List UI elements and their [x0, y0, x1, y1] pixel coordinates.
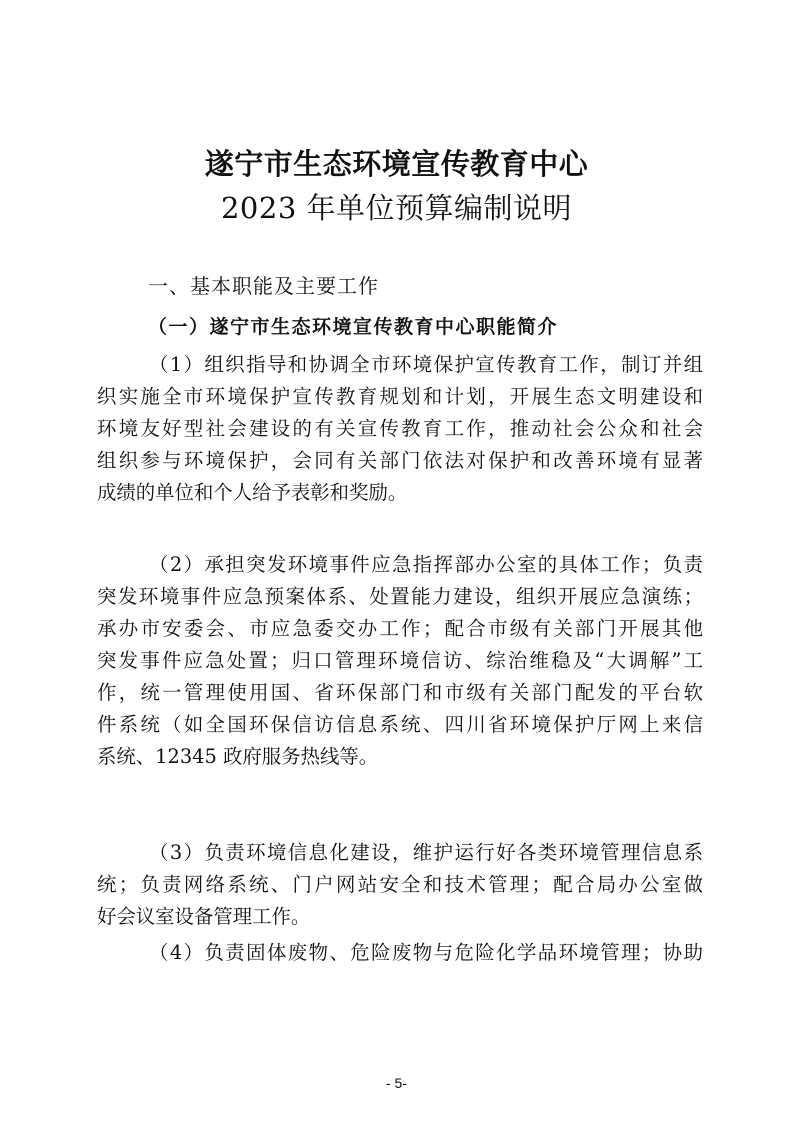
- page-number: - 5-: [0, 1075, 793, 1091]
- paragraph-line: 系统、12345 政府服务热线等。: [97, 741, 703, 773]
- document-title-line2: 2023 年单位预算编制说明: [0, 186, 793, 227]
- paragraph-line: 织实施全市环境保护宣传教育规划和计划，开展生态文明建设和: [97, 381, 703, 413]
- paragraph-3: （3）负责环境信息化建设，维护运行好各类环境管理信息系 统；负责网络系统、门户网…: [97, 837, 703, 933]
- subsection-heading: （一）遂宁市生态环境宣传教育中心职能简介: [148, 312, 558, 339]
- paragraph-line: 承办市安委会、市应急委交办工作；配合市级有关部门开展其他: [97, 613, 703, 645]
- document-title-line1: 遂宁市生态环境宣传教育中心: [0, 142, 793, 183]
- paragraph-1: （1）组织指导和协调全市环境保护宣传教育工作，制订并组 织实施全市环境保护宣传教…: [97, 349, 703, 509]
- section-heading: 一、基本职能及主要工作: [148, 270, 379, 299]
- paragraph-line: （2）承担突发环境事件应急指挥部办公室的具体工作；负责: [97, 549, 703, 581]
- paragraph-line: 成绩的单位和个人给予表彰和奖励。: [97, 477, 703, 509]
- paragraph-line: 好会议室设备管理工作。: [97, 901, 703, 933]
- document-page: 遂宁市生态环境宣传教育中心 2023 年单位预算编制说明 一、基本职能及主要工作…: [0, 0, 793, 1122]
- paragraph-line: 件系统（如全国环保信访信息系统、四川省环境保护厅网上来信: [97, 709, 703, 741]
- paragraph-line: 统；负责网络系统、门户网站安全和技术管理；配合局办公室做: [97, 869, 703, 901]
- paragraph-line: （1）组织指导和协调全市环境保护宣传教育工作，制订并组: [97, 349, 703, 381]
- paragraph-line: （3）负责环境信息化建设，维护运行好各类环境管理信息系: [97, 837, 703, 869]
- paragraph-line: 环境友好型社会建设的有关宣传教育工作，推动社会公众和社会: [97, 413, 703, 445]
- paragraph-4: （4）负责固体废物、危险废物与危险化学品环境管理；协助: [97, 937, 703, 969]
- paragraph-line: （4）负责固体废物、危险废物与危险化学品环境管理；协助: [97, 937, 703, 969]
- paragraph-line: 作，统一管理使用国、省环保部门和市级有关部门配发的平台软: [97, 677, 703, 709]
- paragraph-line: 突发事件应急处置；归口管理环境信访、综治维稳及“大调解”工: [97, 645, 703, 677]
- paragraph-line: 突发环境事件应急预案体系、处置能力建设，组织开展应急演练；: [97, 581, 703, 613]
- paragraph-line: 组织参与环境保护，会同有关部门依法对保护和改善环境有显著: [97, 445, 703, 477]
- paragraph-2: （2）承担突发环境事件应急指挥部办公室的具体工作；负责 突发环境事件应急预案体系…: [97, 549, 703, 773]
